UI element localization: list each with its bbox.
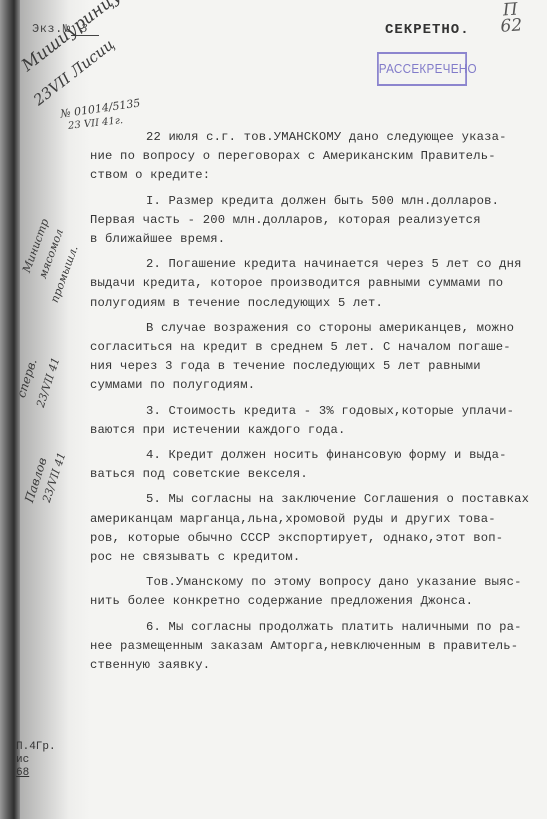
paragraph: 4. Кредит должен носить финансовую форму… (90, 446, 540, 484)
text-line: ваться под советские векселя. (90, 465, 540, 484)
text-line: суммами по полугодиям. (90, 376, 540, 395)
footer-reference: П.4Гр. ис 68 (16, 741, 56, 780)
paragraph: I. Размер кредита должен быть 500 млн.до… (90, 192, 540, 250)
text-line: Тов.Уманскому по этому вопросу дано указ… (90, 573, 540, 592)
text-line: ние по вопросу о переговорах с Американс… (90, 147, 540, 166)
text-line: ния через 3 года в течение последующих 5… (90, 357, 540, 376)
text-line: Первая часть - 200 млн.долларов, которая… (90, 211, 540, 230)
text-line: 5. Мы согласны на заключение Соглашения … (90, 490, 540, 509)
paragraph: 22 июля с.г. тов.УМАНСКОМУ дано следующе… (90, 128, 540, 186)
text-line: выдачи кредита, которое производится рав… (90, 274, 540, 293)
text-line: в ближайшее время. (90, 230, 540, 249)
archive-mark-number: 62 (500, 17, 523, 34)
text-line: ваются при истечении каждого года. (90, 421, 540, 440)
footer-line: 68 (16, 767, 56, 780)
text-line: В случае возражения со стороны американц… (90, 319, 540, 338)
declassified-stamp: РАССЕКРЕЧЕНО (377, 52, 467, 86)
text-line: американцам марганца,льна,хромовой руды … (90, 510, 540, 529)
paragraph: Тов.Уманскому по этому вопросу дано указ… (90, 573, 540, 611)
text-line: 22 июля с.г. тов.УМАНСКОМУ дано следующе… (90, 128, 540, 147)
footer-line: ис (16, 754, 56, 767)
paragraph: 5. Мы согласны на заключение Соглашения … (90, 490, 540, 567)
text-line: I. Размер кредита должен быть 500 млн.до… (90, 192, 540, 211)
text-line: полугодиям в течение последующих 5 лет. (90, 294, 540, 313)
text-line: 6. Мы согласны продолжать платить наличн… (90, 618, 540, 637)
document-body: 22 июля с.г. тов.УМАНСКОМУ дано следующе… (90, 128, 540, 681)
paragraph: В случае возражения со стороны американц… (90, 319, 540, 396)
text-line: рос не связывать с кредитом. (90, 548, 540, 567)
text-line: нее размещенным заказам Амторга,невключе… (90, 637, 540, 656)
text-line: ров, которые обычно СССР экспортирует, о… (90, 529, 540, 548)
footer-line: П.4Гр. (16, 741, 56, 754)
classification-label: СЕКРЕТНО. (385, 22, 470, 38)
paragraph: 2. Погашение кредита начинается через 5 … (90, 255, 540, 313)
archive-mark: П 62 (499, 1, 523, 34)
text-line: 2. Погашение кредита начинается через 5 … (90, 255, 540, 274)
text-line: нить более конкретно содержание предложе… (90, 592, 540, 611)
paragraph: 6. Мы согласны продолжать платить наличн… (90, 618, 540, 676)
text-line: ством о кредите: (90, 166, 540, 185)
text-line: 4. Кредит должен носить финансовую форму… (90, 446, 540, 465)
text-line: согласиться на кредит в среднем 5 лет. С… (90, 338, 540, 357)
text-line: ственную заявку. (90, 656, 540, 675)
paragraph: 3. Стоимость кредита - 3% годовых,которы… (90, 402, 540, 440)
text-line: 3. Стоимость кредита - 3% годовых,которы… (90, 402, 540, 421)
page-binding-edge (0, 0, 20, 819)
